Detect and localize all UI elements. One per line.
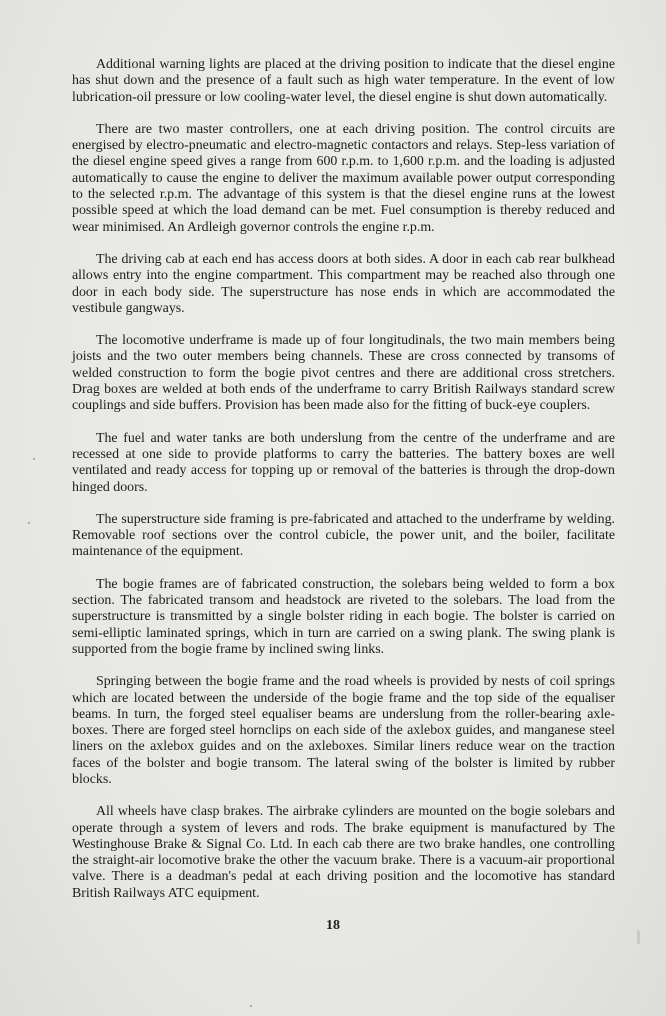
- paragraph-driving-cab: The driving cab at each end has access d…: [72, 252, 615, 317]
- paragraph-master-controllers: There are two master controllers, one at…: [72, 122, 615, 236]
- paragraph-superstructure: The superstructure side framing is pre-f…: [72, 512, 615, 561]
- paper-speck: [250, 1005, 252, 1007]
- scanned-page: Additional warning lights are placed at …: [0, 0, 666, 1016]
- paragraph-bogie-frames: The bogie frames are of fabricated const…: [72, 577, 615, 658]
- paragraph-warning-lights: Additional warning lights are placed at …: [72, 57, 615, 106]
- paper-speck: [33, 458, 35, 460]
- paragraph-tanks: The fuel and water tanks are both unders…: [72, 431, 615, 496]
- paragraph-springing: Springing between the bogie frame and th…: [72, 674, 615, 788]
- page-number: 18: [0, 918, 666, 934]
- body-text: Additional warning lights are placed at …: [72, 57, 615, 918]
- paper-speck: [609, 356, 611, 358]
- paragraph-brakes: All wheels have clasp brakes. The airbra…: [72, 804, 615, 902]
- paragraph-underframe: The locomotive underframe is made up of …: [72, 333, 615, 414]
- paper-mark: [637, 930, 640, 944]
- paper-speck: [28, 522, 30, 524]
